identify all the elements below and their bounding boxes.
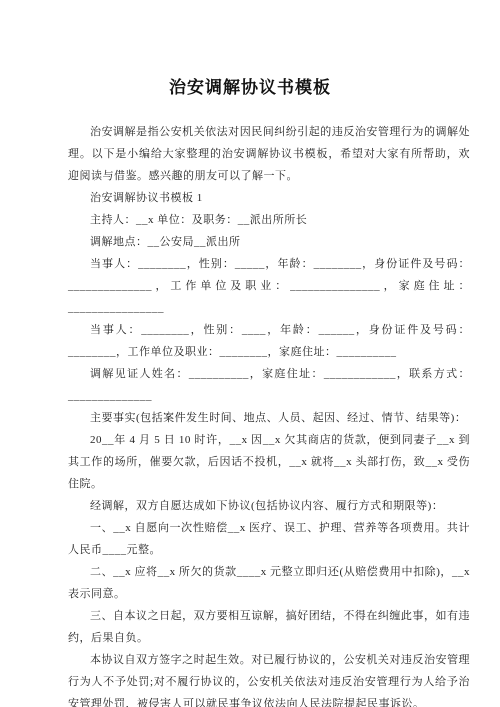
clause-2-paragraph: 二、__x 应将__x 所欠的货款____x 元整立即归还(从赔偿费用中扣除)，… (68, 561, 470, 605)
intro-paragraph: 治安调解是指公安机关依法对因民间纠纷引起的违反治安管理行为的调解处理。以下是小编… (68, 121, 470, 187)
party-2-line: 当事人：________，性别：____，年龄：______，身份证件及号码：_… (68, 319, 470, 363)
party-1-line: 当事人：________，性别：_____，年龄：________，身份证件及号… (68, 253, 470, 319)
host-line: 主持人：__x 单位：及职务：__派出所所长 (68, 209, 470, 231)
document-body: 治安调解是指公安机关依法对因民间纠纷引起的违反治安管理行为的调解处理。以下是小编… (68, 121, 470, 707)
location-line: 调解地点：__公安局__派出所 (68, 231, 470, 253)
clause-1-paragraph: 一、__x 自愿向一次性赔偿__x 医疗、误工、护理、营养等各项费用。共计人民币… (68, 517, 470, 561)
witness-line: 调解见证人姓名：__________，家庭住址：____________，联系方… (68, 363, 470, 407)
document-title: 治安调解协议书模板 (0, 78, 500, 98)
facts-heading: 主要事实(包括案件发生时间、地点、人员、起因、经过、情节、结果等)： (68, 407, 470, 429)
agreement-heading: 经调解，双方自愿达成如下协议(包括协议内容、履行方式和期限等)： (68, 495, 470, 517)
facts-paragraph: 20__年 4 月 5 日 10 时许，__x 因__x 欠其商店的货款，便到同… (68, 429, 470, 495)
effectiveness-paragraph: 本协议自双方签字之时起生效。对已履行协议的，公安机关对违反治安管理行为人不予处罚… (68, 649, 470, 707)
document-page: 治安调解协议书模板 治安调解是指公安机关依法对因民间纠纷引起的违反治安管理行为的… (0, 0, 500, 707)
template-label: 治安调解协议书模板 1 (68, 187, 470, 209)
clause-3-paragraph: 三、自本议之日起，双方要相互谅解，搞好团结，不得在纠缠此事，如有违约，后果自负。 (68, 605, 470, 649)
